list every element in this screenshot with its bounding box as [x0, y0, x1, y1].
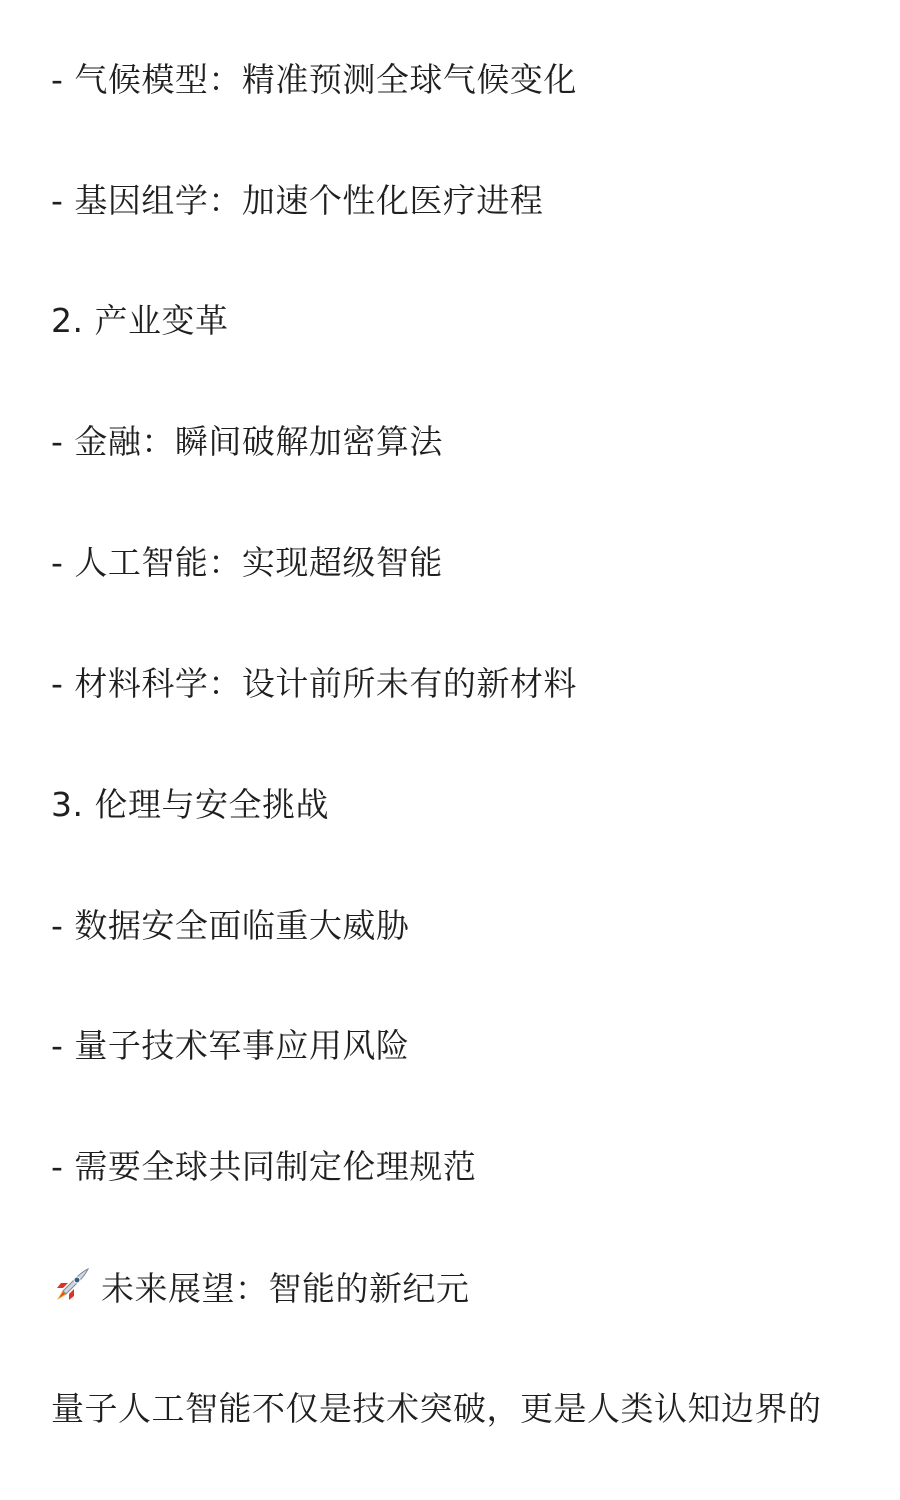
paragraph-text: 量子人工智能不仅是技术突破，更是人类认知边界的 — [51, 1387, 822, 1431]
list-item-finance: - 金融：瞬间破解加密算法 — [51, 420, 443, 464]
section-heading-industry: 2. 产业变革 — [51, 299, 228, 343]
list-item-ethics-norms: - 需要全球共同制定伦理规范 — [51, 1145, 476, 1189]
list-item-climate-model: - 气候模型：精准预测全球气候变化 — [51, 58, 577, 102]
outlook-heading-text: 未来展望：智能的新纪元 — [101, 1269, 470, 1308]
list-item-military-risk: - 量子技术军事应用风险 — [51, 1024, 409, 1068]
list-item-data-security: - 数据安全面临重大威胁 — [51, 904, 409, 948]
section-heading-outlook: 未来展望：智能的新纪元 — [51, 1266, 470, 1311]
list-item-genomics: - 基因组学：加速个性化医疗进程 — [51, 179, 543, 223]
rocket-icon — [51, 1266, 91, 1306]
list-item-ai: - 人工智能：实现超级智能 — [51, 541, 443, 585]
list-item-materials: - 材料科学：设计前所未有的新材料 — [51, 662, 577, 706]
section-heading-ethics: 3. 伦理与安全挑战 — [51, 783, 329, 827]
